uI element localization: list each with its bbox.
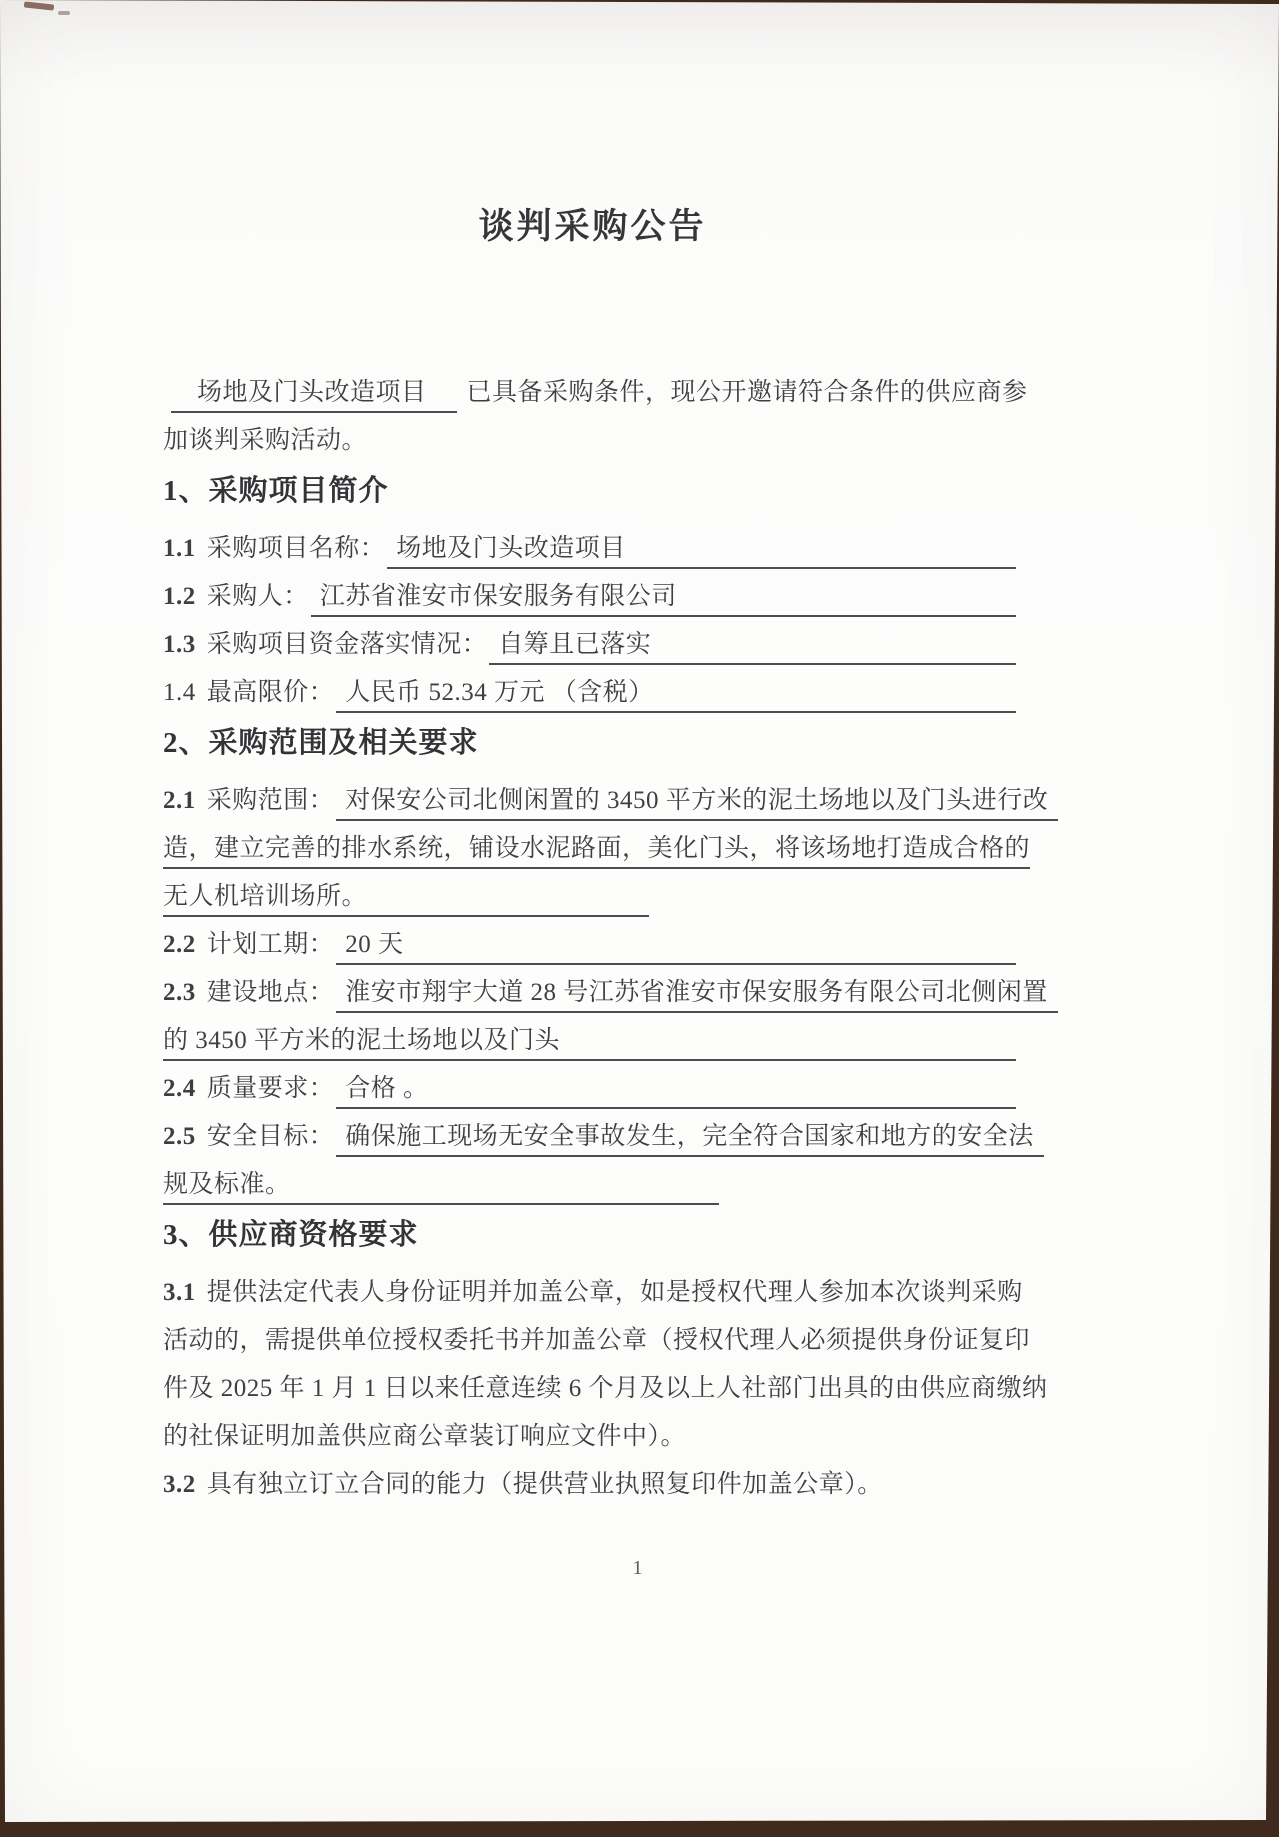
item-2-5-line-2: 规及标准。 [163,1159,1016,1207]
item-number: 2.1 [163,783,196,821]
intro-line-1: 场地及门头改造项目 已具备采购条件，现公开邀请符合条件的供应商参 [163,367,1016,415]
item-3-2: 3.2 具有独立订立合同的能力（提供营业执照复印件加盖公章）。 [163,1459,1016,1507]
document-page: 谈判采购公告 场地及门头改造项目 已具备采购条件，现公开邀请符合条件的供应商参 … [0,0,1279,1837]
blank-underline-lead [171,375,197,413]
item-2-3-line-2: 的 3450 平方米的泥土场地以及门头 [163,1015,1016,1063]
item-3-1-line-2: 活动的，需提供单位授权委托书并加盖公章（授权代理人必须提供身份证复印 [163,1315,1016,1363]
section-1-heading: 1、采购项目简介 [163,463,1016,523]
item-label: 采购人： [207,579,309,617]
blank-underline-fill [636,531,1016,569]
item-number: 2.5 [163,1119,196,1157]
item-number: 1.4 [163,675,196,713]
item-3-1-line-1: 3.1 提供法定代表人身份证明并加盖公章，如是授权代理人参加本次谈判采购 [163,1267,1016,1315]
item-1-2: 1.2 采购人： 江苏省淮安市保安服务有限公司 [163,571,1016,619]
item-number: 1.3 [163,627,196,665]
item-number: 3.2 [163,1467,196,1505]
item-value-cont: 的 3450 平方米的泥土场地以及门头 [163,1023,560,1061]
item-2-3-line-1: 2.3 建设地点： 淮安市翔宇大道 28 号江苏省淮安市保安服务有限公司北侧闲置 [163,967,1016,1015]
item-2-1-line-1: 2.1 采购范围： 对保安公司北侧闲置的 3450 平方米的泥土场地以及门头进行… [163,775,1016,823]
blank-underline-fill [367,879,649,917]
blank-underline-fill [661,627,1016,665]
document-body: 场地及门头改造项目 已具备采购条件，现公开邀请符合条件的供应商参 加谈判采购活动… [163,367,1016,1580]
blank-underline-fill [687,579,1016,617]
page-number: 1 [211,1557,1064,1580]
item-text-cont: 的社保证明加盖供应商公章装订响应文件中）。 [163,1419,686,1457]
item-value: 人民币 52.34 万元 （含税） [336,675,664,713]
item-value: 场地及门头改造项目 [387,531,636,569]
blank-underline-fill [291,1167,719,1205]
item-number: 2.2 [163,927,196,965]
intro-text: 已具备采购条件，现公开邀请符合条件的供应商参 [467,375,1028,413]
item-text-cont: 活动的，需提供单位授权委托书并加盖公章（授权代理人必须提供身份证复印 [163,1323,1030,1361]
item-label: 最高限价： [207,675,335,713]
item-1-1: 1.1 采购项目名称： 场地及门头改造项目 [163,523,1016,571]
item-2-4: 2.4 质量要求： 合格 。 [163,1063,1016,1111]
blank-underline-trail [427,375,457,413]
item-value: 自筹且已落实 [489,627,661,665]
item-2-1-line-3: 无人机培训场所。 [163,871,1016,919]
item-label: 建设地点： [207,975,335,1013]
item-number: 2.3 [163,975,196,1013]
section-2-heading: 2、采购范围及相关要求 [163,715,1016,775]
document-title: 谈判采购公告 [0,0,1232,249]
item-2-2: 2.2 计划工期： 20 天 [163,919,1016,967]
item-label: 质量要求： [207,1071,335,1109]
item-number: 2.4 [163,1071,196,1109]
item-value: 江苏省淮安市保安服务有限公司 [311,579,687,617]
item-label: 采购项目资金落实情况： [207,627,488,665]
spacer [457,375,467,413]
blank-underline-fill [439,1071,1016,1109]
item-text-cont: 件及 2025 年 1 月 1 日以来任意连续 6 个月及以上人社部门出具的由供… [163,1371,1048,1409]
item-label: 采购项目名称： [207,531,386,569]
item-label: 计划工期： [207,927,335,965]
item-value: 合格 。 [336,1071,438,1109]
item-1-3: 1.3 采购项目资金落实情况： 自筹且已落实 [163,619,1016,667]
item-number: 1.2 [163,579,196,617]
item-text: 提供法定代表人身份证明并加盖公章，如是授权代理人参加本次谈判采购 [207,1275,1023,1313]
item-2-1-line-2: 造，建立完善的排水系统，铺设水泥路面，美化门头，将该场地打造成合格的 [163,823,1016,871]
item-value-cont: 规及标准。 [163,1167,291,1205]
item-1-4: 1.4 最高限价： 人民币 52.34 万元 （含税） [163,667,1016,715]
item-number: 1.1 [163,531,196,569]
item-2-5-line-1: 2.5 安全目标： 确保施工现场无安全事故发生，完全符合国家和地方的安全法 [163,1111,1016,1159]
intro-text-cont: 加谈判采购活动。 [163,423,367,461]
blank-underline-fill [414,927,1016,965]
item-value: 确保施工现场无安全事故发生，完全符合国家和地方的安全法 [336,1119,1044,1157]
item-label: 安全目标： [207,1119,335,1157]
item-value-cont: 造，建立完善的排水系统，铺设水泥路面，美化门头，将该场地打造成合格的 [163,831,1030,869]
intro-line-2: 加谈判采购活动。 [163,415,1016,463]
blank-underline-fill [664,675,1016,713]
blank-underline-fill [560,1023,1016,1061]
item-number: 3.1 [163,1275,196,1313]
intro-blank-value: 场地及门头改造项目 [197,375,427,413]
item-value: 对保安公司北侧闲置的 3450 平方米的泥土场地以及门头进行改 [336,783,1058,821]
item-value-cont: 无人机培训场所。 [163,879,367,917]
item-value: 20 天 [336,927,413,965]
item-value: 淮安市翔宇大道 28 号江苏省淮安市保安服务有限公司北侧闲置 [336,975,1058,1013]
item-3-1-line-3: 件及 2025 年 1 月 1 日以来任意连续 6 个月及以上人社部门出具的由供… [163,1363,1016,1411]
item-text: 具有独立订立合同的能力（提供营业执照复印件加盖公章）。 [207,1467,883,1505]
item-3-1-line-4: 的社保证明加盖供应商公章装订响应文件中）。 [163,1411,1016,1459]
item-label: 采购范围： [207,783,335,821]
section-3-heading: 3、供应商资格要求 [163,1207,1016,1267]
